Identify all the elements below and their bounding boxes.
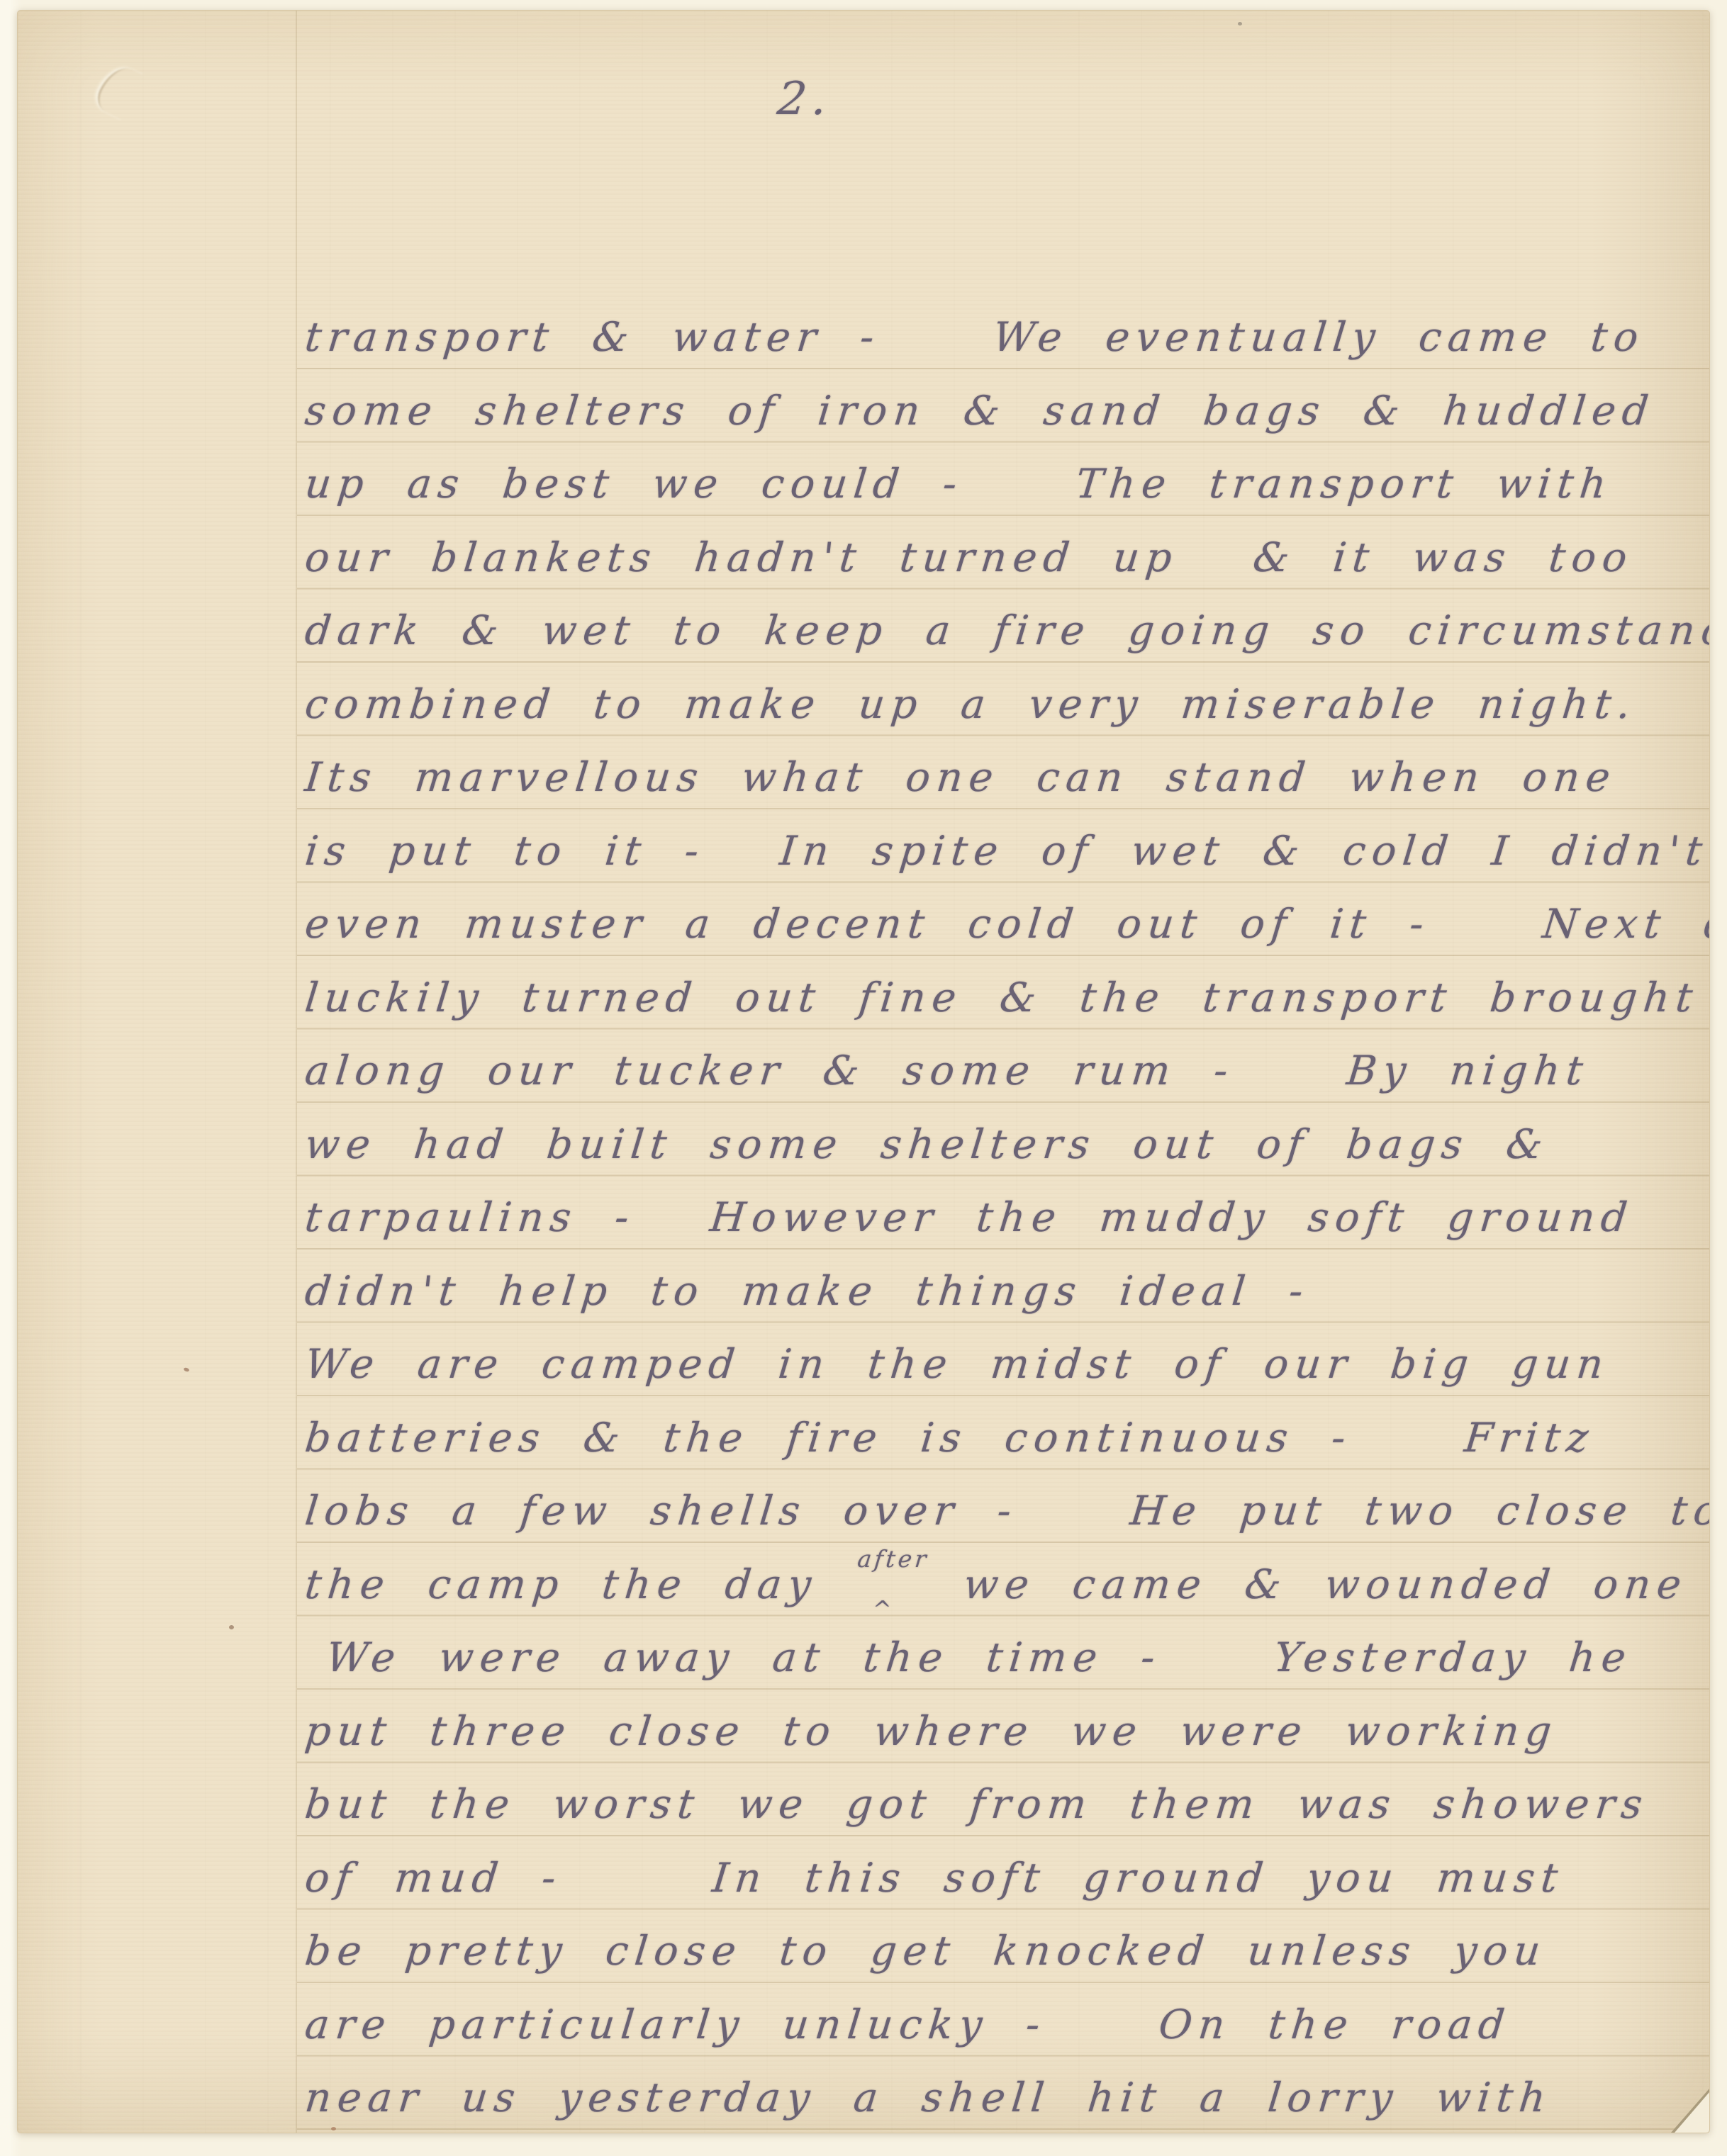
handwritten-line: put three close to where we were working xyxy=(297,1695,1710,1769)
page-number: 2. xyxy=(775,73,835,125)
handwritten-line: combined to make up a very miserable nig… xyxy=(297,668,1710,742)
paper-speck xyxy=(229,1625,234,1629)
handwritten-line: lobs a few shells over - He put two clos… xyxy=(297,1475,1710,1549)
scanner-background: 2. transport & water - We eventually cam… xyxy=(0,0,1727,2156)
handwritten-line: be pretty close to get knocked unless yo… xyxy=(297,1915,1710,1989)
handwritten-line: transport & water - We eventually came t… xyxy=(297,301,1710,375)
handwritten-line: even muster a decent cold out of it - Ne… xyxy=(297,888,1710,962)
paper-crease-mark xyxy=(92,61,145,120)
paper-speck xyxy=(183,1367,189,1372)
handwritten-line: didn't help to make things ideal - xyxy=(297,1255,1710,1329)
handwritten-line: we had built some shelters out of bags & xyxy=(297,1108,1710,1182)
handwritten-line: tarpaulins - However the muddy soft grou… xyxy=(297,1181,1710,1255)
handwritten-line: batteries & the fire is continuous - Fri… xyxy=(297,1402,1710,1476)
handwritten-line: near us yesterday a shell hit a lorry wi… xyxy=(297,2062,1710,2133)
letter-page: 2. transport & water - We eventually cam… xyxy=(17,10,1710,2133)
handwritten-line: Its marvellous what one can stand when o… xyxy=(297,741,1710,815)
inserted-word-above-line: after xyxy=(854,1522,932,1596)
handwritten-line: but the worst we got from them was showe… xyxy=(297,1768,1710,1842)
handwritten-line: dark & wet to keep a fire going so circu… xyxy=(297,595,1710,668)
handwritten-line: our blankets hadn't turned up & it was t… xyxy=(297,522,1710,595)
handwritten-line: the camp the day after^ we came & wounde… xyxy=(297,1549,1710,1622)
handwritten-line: up as best we could - The transport with xyxy=(297,448,1710,522)
handwritten-line: of mud - In this soft ground you must xyxy=(297,1842,1710,1916)
handwritten-line: luckily turned out fine & the transport … xyxy=(297,962,1710,1035)
folded-corner xyxy=(1675,2092,1709,2133)
handwritten-line: is put to it - In spite of wet & cold I … xyxy=(297,815,1710,889)
handwritten-line: along our tucker & some rum - By night xyxy=(297,1035,1710,1108)
handwritten-line: We were away at the time - Yesterday he xyxy=(297,1622,1710,1695)
letter-body: transport & water - We eventually came t… xyxy=(297,301,1709,2133)
handwritten-line: some shelters of iron & sand bags & hudd… xyxy=(297,375,1710,449)
paper-speck xyxy=(1238,22,1242,26)
handwritten-line: We are camped in the midst of our big gu… xyxy=(297,1328,1710,1402)
handwritten-line: are particularly unlucky - On the road xyxy=(297,1989,1710,2062)
